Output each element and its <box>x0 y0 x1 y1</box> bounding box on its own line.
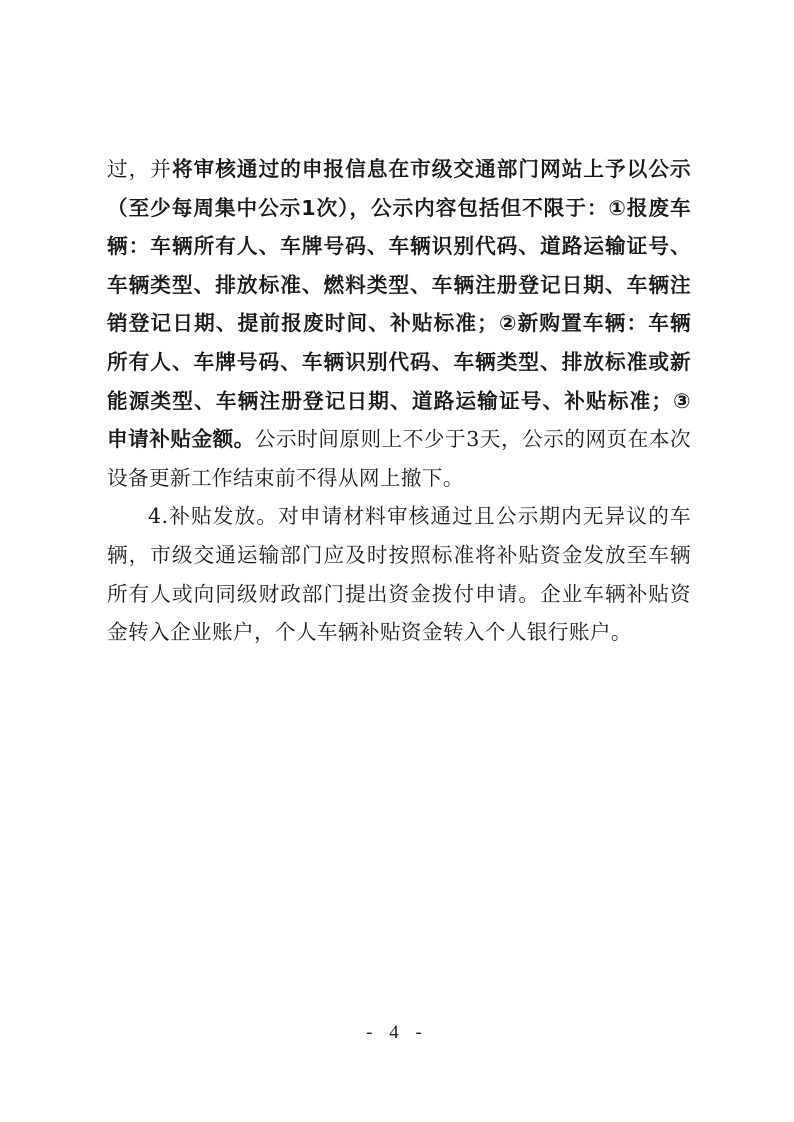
paragraph-subsidy-payment: 4.补贴发放。对申请材料审核通过且公示期内无异议的车辆，市级交通运输部门应及时按… <box>107 497 691 651</box>
paragraph-publicity: 过，并将审核通过的申报信息在市级交通部门网站上予以公示（至少每周集中公示1次），… <box>107 150 691 497</box>
document-page: 过，并将审核通过的申报信息在市级交通部门网站上予以公示（至少每周集中公示1次），… <box>0 0 794 1122</box>
text-segment: 4.补贴发放。对申请材料审核通过且公示期内无异议的车辆，市级交通运输部门应及时按… <box>107 504 691 644</box>
page-number: - 4 - <box>0 1022 794 1044</box>
bold-text-segment: 将审核通过的申报信息在市级交通部门网站上予以公示（至少每周集中公示1次），公示内… <box>107 157 691 451</box>
text-segment: 过，并 <box>107 157 172 181</box>
body-text: 过，并将审核通过的申报信息在市级交通部门网站上予以公示（至少每周集中公示1次），… <box>107 150 691 652</box>
